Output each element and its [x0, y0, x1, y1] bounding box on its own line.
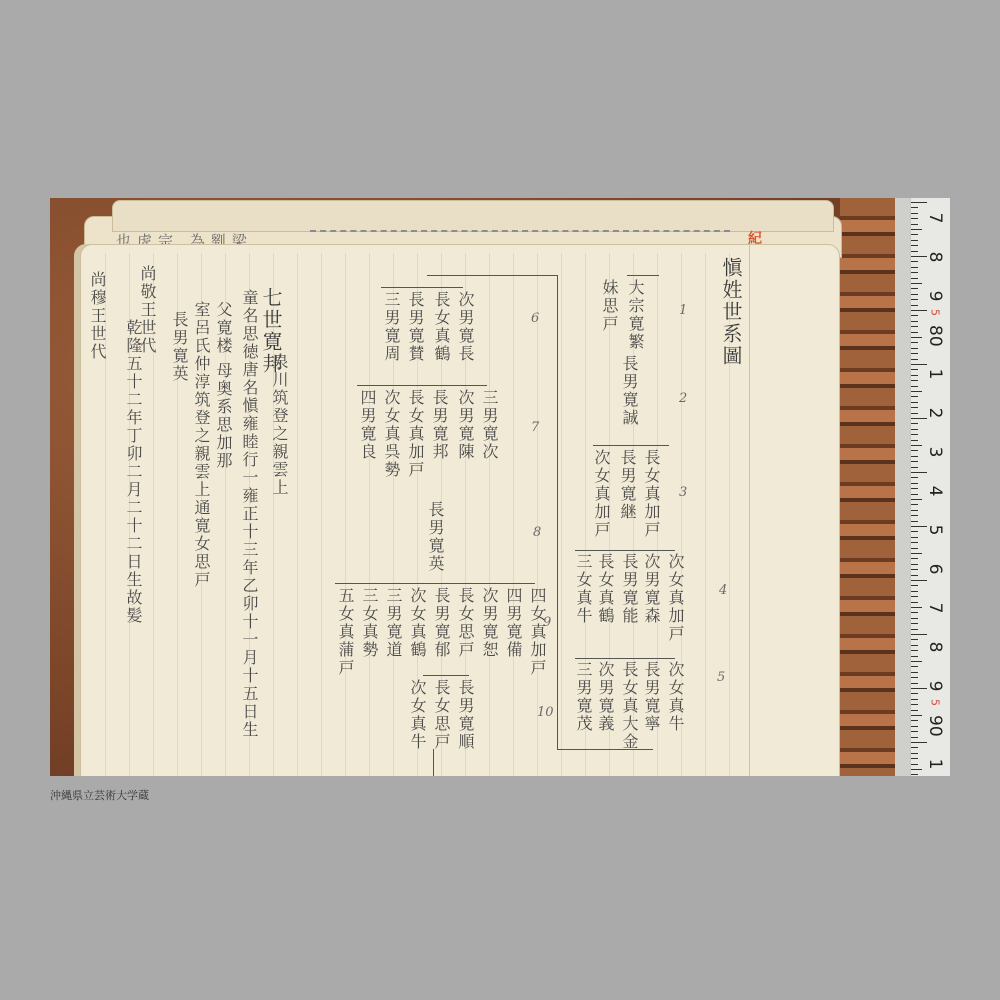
gen-number: 4	[719, 583, 727, 598]
ruler-tick	[911, 375, 918, 376]
ruler-gap	[895, 198, 910, 776]
back-page-dashes	[310, 230, 730, 242]
tree-node-gen9: 四女真加戸	[529, 587, 545, 677]
ruler-tick	[911, 278, 918, 279]
tree-node-gen6: 長女真鶴	[433, 291, 449, 363]
left-entry: 室呂氏仲淳筑登之親雲上通寛女思戸	[193, 301, 209, 589]
ruler-tick	[911, 720, 918, 721]
ruled-line	[705, 253, 706, 776]
ruler-tick	[911, 380, 918, 381]
gen-number: 6	[531, 311, 539, 326]
tree-node-gen10: 長男寛順	[457, 679, 473, 751]
ruler-tick	[911, 332, 918, 333]
tree-node-gen1: 大宗寛繁	[627, 279, 643, 351]
ruler-tick	[911, 423, 918, 424]
tree-connector	[593, 445, 669, 446]
tree-node-gen10: 長女思戸	[433, 679, 449, 751]
ruled-line	[537, 253, 538, 776]
ruler-tick	[911, 207, 918, 208]
measuring-ruler: 7898012345678990155	[910, 198, 950, 776]
ruler-half-label: 5	[929, 692, 942, 712]
tree-node-gen4: 次男寛森	[643, 553, 659, 625]
ruler-label: 7	[925, 598, 945, 618]
ruler-tick	[911, 261, 918, 262]
ruler-tick	[911, 769, 922, 770]
collection-caption: 沖縄県立芸術大学蔵	[50, 787, 149, 803]
ruler-tick	[911, 623, 918, 624]
tree-node-gen5: 次女真牛	[667, 661, 683, 733]
ruler-tick	[911, 494, 918, 495]
tree-node-gen3: 次女真加戸	[593, 449, 609, 539]
gen-number: 1	[679, 303, 687, 318]
ruler-tick	[911, 315, 918, 316]
ruler-tick	[911, 272, 918, 273]
tree-connector	[335, 583, 535, 584]
tree-node-gen7: 長女真加戸	[407, 389, 423, 479]
ruler-tick	[911, 634, 927, 635]
left-entry: 父寛楼 母奥系思加那	[215, 301, 231, 470]
ruler-tick	[911, 715, 922, 716]
tree-connector	[381, 287, 463, 288]
ruler-tick	[911, 288, 918, 289]
tree-node-gen9: 長女思戸	[457, 587, 473, 659]
tree-node-gen9: 三男寛道	[385, 587, 401, 659]
ruler-tick	[911, 591, 918, 592]
ruler-tick	[911, 558, 918, 559]
left-entry: 乾隆五十二年丁卯二月二十二日生故髪	[125, 319, 141, 625]
ruled-line	[297, 253, 298, 776]
tree-node-gen4: 次女真加戸	[667, 553, 683, 643]
tree-node-gen6: 長男寛賛	[407, 291, 423, 363]
ruler-tick	[911, 224, 918, 225]
ruled-line	[489, 253, 490, 776]
ruler-tick	[911, 310, 927, 311]
tree-node-gen9: 次男寛恕	[481, 587, 497, 659]
ruler-tick	[911, 683, 918, 684]
tree-node-gen4: 長男寛能	[621, 553, 637, 625]
ruler-tick	[911, 305, 918, 306]
margin-rule	[749, 245, 750, 776]
ruler-tick	[911, 510, 918, 511]
ruler-tick	[911, 353, 918, 354]
tree-connector	[575, 658, 675, 659]
ruler-label: 4	[925, 481, 945, 501]
ruler-tick	[911, 672, 918, 673]
ruler-tick	[911, 731, 918, 732]
ruler-tick	[911, 477, 918, 478]
tree-connector	[357, 385, 487, 386]
tree-node-gen3: 長女真加戸	[643, 449, 659, 539]
ruler-label: 8	[925, 247, 945, 267]
ruler-tick	[911, 429, 918, 430]
gen-number: 10	[537, 705, 554, 720]
left-entry: 尚穆王世代	[89, 271, 105, 361]
ruler-tick	[911, 461, 918, 462]
notebook-page: 愼姓世系圖 1 2 3 4 5 6 7 8 9 10 尚穆王世代 乾隆五十二年丁…	[80, 244, 840, 776]
ruler-tick	[911, 575, 918, 576]
ruler-tick	[911, 726, 918, 727]
ruler-label: 80	[925, 325, 945, 345]
page-title: 愼姓世系圖	[721, 257, 741, 367]
ruler-tick	[911, 337, 922, 338]
tree-node-gen3: 長男寛継	[619, 449, 635, 521]
ruler-tick	[911, 602, 918, 603]
ruler-tick	[911, 580, 927, 581]
ruler-tick	[911, 234, 918, 235]
tree-node-gen9: 長男寛郁	[433, 587, 449, 659]
tree-node-gen10: 次女真牛	[409, 679, 425, 751]
gen-number: 7	[531, 420, 539, 435]
tree-node-gen6: 三男寛周	[383, 291, 399, 363]
left-entry: 長男寛英	[171, 311, 187, 383]
ruler-tick	[911, 747, 918, 748]
ruler-tick	[911, 704, 918, 705]
ruler-tick	[911, 283, 922, 284]
tree-connector	[575, 550, 675, 551]
tree-node-gen9: 次女真鶴	[409, 587, 425, 659]
ruler-tick	[911, 445, 922, 446]
ruler-tick	[911, 386, 918, 387]
ruler-tick	[911, 764, 918, 765]
tree-bracket	[427, 275, 557, 276]
ruler-tick	[911, 666, 918, 667]
ruler-tick	[911, 693, 918, 694]
tree-connector	[433, 749, 434, 776]
ruler-tick	[911, 656, 918, 657]
tree-node-gen8: 長男寛英	[427, 501, 443, 573]
ruled-line	[321, 253, 322, 776]
cover-binding	[840, 198, 895, 776]
tree-node-gen5: 長男寛寧	[643, 661, 659, 733]
ruler-tick	[911, 774, 918, 775]
tree-node-gen2: 長男寛誠	[621, 355, 637, 427]
ruler-tick	[911, 326, 918, 327]
ruler-label: 7	[925, 208, 945, 228]
tree-bracket	[557, 275, 558, 749]
ruler-tick	[911, 472, 927, 473]
tree-node-gen5: 次男寛義	[597, 661, 613, 733]
ruler-tick	[911, 677, 918, 678]
ruler-tick	[911, 542, 918, 543]
ruler-tick	[911, 742, 927, 743]
ruler-tick	[911, 267, 918, 268]
ruler-tick	[911, 450, 918, 451]
ruler-tick	[911, 321, 918, 322]
ruler-tick	[911, 483, 918, 484]
ruler-tick	[911, 467, 918, 468]
ruler-tick	[911, 758, 918, 759]
tree-node-gen1: 妹思戸	[601, 279, 617, 333]
ruler-tick	[911, 618, 918, 619]
ruler-tick	[911, 229, 922, 230]
ruled-line	[561, 253, 562, 776]
ruler-tick	[911, 440, 918, 441]
tree-node-gen7: 長男寛邦	[431, 389, 447, 461]
ruler-tick	[911, 537, 918, 538]
ruler-label: 1	[925, 364, 945, 384]
ruler-tick	[911, 407, 918, 408]
tree-node-gen7: 次男寛陳	[457, 389, 473, 461]
tree-connector	[423, 675, 469, 676]
ruler-tick	[911, 499, 922, 500]
gen-number: 8	[533, 525, 541, 540]
ruler-tick	[911, 294, 918, 295]
ruler-label: 1	[925, 754, 945, 774]
back-page-top	[112, 200, 834, 232]
ruler-tick	[911, 391, 922, 392]
tree-connector	[627, 275, 659, 276]
ruler-tick	[911, 245, 918, 246]
ruler-tick	[911, 369, 918, 370]
gen-number: 5	[717, 670, 725, 685]
ruler-tick	[911, 596, 918, 597]
ruler-tick	[911, 359, 918, 360]
tree-node-gen7: 次女真呉勢	[383, 389, 399, 479]
ruled-line	[345, 253, 346, 776]
ruler-label: 3	[925, 442, 945, 462]
archival-photograph: 7898012345678990155 也虎宗 為劉梁 紀 愼姓世系圖 1 2 …	[50, 198, 950, 776]
ruler-tick	[911, 521, 918, 522]
ruler-tick	[911, 548, 918, 549]
ruler-tick	[911, 661, 922, 662]
ruler-tick	[911, 639, 918, 640]
ruler-tick	[911, 434, 918, 435]
gen-number: 3	[679, 485, 687, 500]
ruler-tick	[911, 569, 918, 570]
ruler-tick	[911, 202, 927, 203]
tree-node-gen9: 四男寛備	[505, 587, 521, 659]
ruler-half-label: 5	[929, 302, 942, 322]
ruler-tick	[911, 629, 918, 630]
ruler-label: 90	[925, 715, 945, 735]
ruler-tick	[911, 515, 918, 516]
tree-node-gen6: 次男寛長	[457, 291, 473, 363]
ruler-tick	[911, 456, 918, 457]
ruler-tick	[911, 612, 918, 613]
ruler-tick	[911, 218, 918, 219]
ruler-tick	[911, 564, 918, 565]
ruler-tick	[911, 607, 922, 608]
gen-number: 2	[679, 391, 687, 406]
ruler-tick	[911, 504, 918, 505]
tree-node-gen4: 長女真鶴	[597, 553, 613, 625]
ruler-label: 8	[925, 637, 945, 657]
ruler-tick	[911, 710, 918, 711]
ruler-tick	[911, 585, 918, 586]
ruler-tick	[911, 737, 918, 738]
left-entry: 童名思徳唐名愼雍睦行一雍正十三年乙卯十一月十五日生	[241, 289, 257, 739]
ruler-tick	[911, 402, 918, 403]
left-entry: 尚敬王世代	[139, 265, 155, 355]
tree-node-gen5: 三男寛茂	[575, 661, 591, 733]
ruler-tick	[911, 645, 918, 646]
ruler-label: 2	[925, 403, 945, 423]
tree-node-gen4: 三女真牛	[575, 553, 591, 625]
tree-node-gen9: 三女真勢	[361, 587, 377, 659]
tree-node-gen9: 五女真蒲戸	[337, 587, 353, 677]
ruler-tick	[911, 553, 922, 554]
ruler-label: 6	[925, 559, 945, 579]
ruler-tick	[911, 299, 918, 300]
ruler-tick	[911, 753, 918, 754]
ruler-tick	[911, 531, 918, 532]
ruler-tick	[911, 240, 918, 241]
ruler-tick	[911, 251, 918, 252]
ruler-label: 5	[925, 520, 945, 540]
ruler-tick	[911, 342, 918, 343]
ruler-tick	[911, 413, 918, 414]
left-entry-sub: 泉川筑登之親雲上	[271, 353, 287, 497]
tree-node-gen5: 長女真大金	[621, 661, 637, 751]
ruler-tick	[911, 213, 918, 214]
ruled-line	[369, 253, 370, 776]
ruler-tick	[911, 348, 918, 349]
ruled-line	[513, 253, 514, 776]
tree-node-gen7: 四男寛良	[359, 389, 375, 461]
ruler-tick	[911, 650, 918, 651]
tree-node-gen7: 三男寛次	[481, 389, 497, 461]
ruler-tick	[911, 699, 918, 700]
ruler-tick	[911, 396, 918, 397]
ruler-tick	[911, 488, 918, 489]
